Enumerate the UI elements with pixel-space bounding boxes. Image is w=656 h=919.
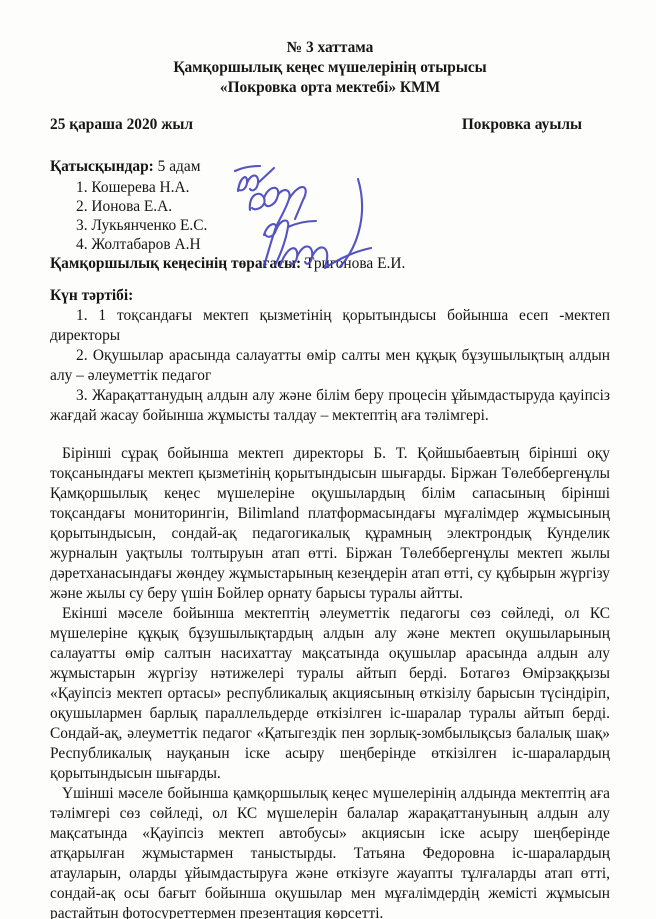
- attendees-section: Қатысқындар: 5 адам 1. Кошерева Н.А. 2. …: [50, 157, 610, 273]
- document-title: № 3 хаттама Қамқоршылық кеңес мүшелеріні…: [50, 38, 610, 98]
- attendees-label: Қатысқындар:: [50, 158, 154, 175]
- attendees-count: 5 адам: [158, 158, 201, 175]
- title-line-meeting-name: Қамқоршылық кеңес мүшелерінің отырысы: [50, 58, 610, 78]
- document-date: 25 қараша 2020 жыл: [50, 115, 193, 135]
- attendee-item: 2. Ионова Е.А.: [50, 197, 610, 216]
- title-line-protocol-number: № 3 хаттама: [50, 38, 610, 58]
- agenda-item: 1. 1 тоқсандағы мектеп қызметінің қорыты…: [50, 306, 610, 346]
- attendee-list: 1. Кошерева Н.А. 2. Ионова Е.А. 3. Лукья…: [50, 178, 610, 254]
- agenda-section: Күн тәртібі: 1. 1 тоқсандағы мектеп қызм…: [50, 286, 610, 426]
- scanned-protocol-page: № 3 хаттама Қамқоршылық кеңес мүшелеріні…: [0, 0, 656, 919]
- document-place: Покровка ауылы: [462, 115, 582, 135]
- protocol-body: Бірінші сұрақ бойынша мектеп директоры Б…: [50, 444, 610, 919]
- chairman-name: Тригонова Е.И.: [305, 255, 405, 272]
- title-line-school-name: «Покровка орта мектебі» КММ: [50, 78, 610, 98]
- date-place-row: 25 қараша 2020 жыл Покровка ауылы: [50, 115, 610, 135]
- attendee-item: 1. Кошерева Н.А.: [50, 178, 610, 197]
- attendee-item: 4. Жолтабаров А.Н: [50, 235, 610, 254]
- chairman-label: Қамқоршылық кеңесінің төрағасы:: [50, 255, 301, 272]
- agenda-heading: Күн тәртібі:: [50, 286, 610, 306]
- agenda-item: 3. Жарақаттанудың алдын алу және білім б…: [50, 386, 610, 426]
- attendee-item: 3. Лукьянченко Е.С.: [50, 216, 610, 235]
- attendees-header: Қатысқындар: 5 адам: [50, 157, 610, 177]
- chairman-row: Қамқоршылық кеңесінің төрағасы: Тригонов…: [50, 254, 610, 273]
- agenda-item: 2. Оқушылар арасында салауатты өмір салт…: [50, 346, 610, 386]
- body-paragraph-third-question: Үшінші мәселе бойынша қамқоршылық кеңес …: [50, 784, 610, 919]
- body-paragraph-second-question: Екінші мәселе бойынша мектептің әлеуметт…: [50, 604, 610, 784]
- body-paragraph-first-question: Бірінші сұрақ бойынша мектеп директоры Б…: [50, 444, 610, 604]
